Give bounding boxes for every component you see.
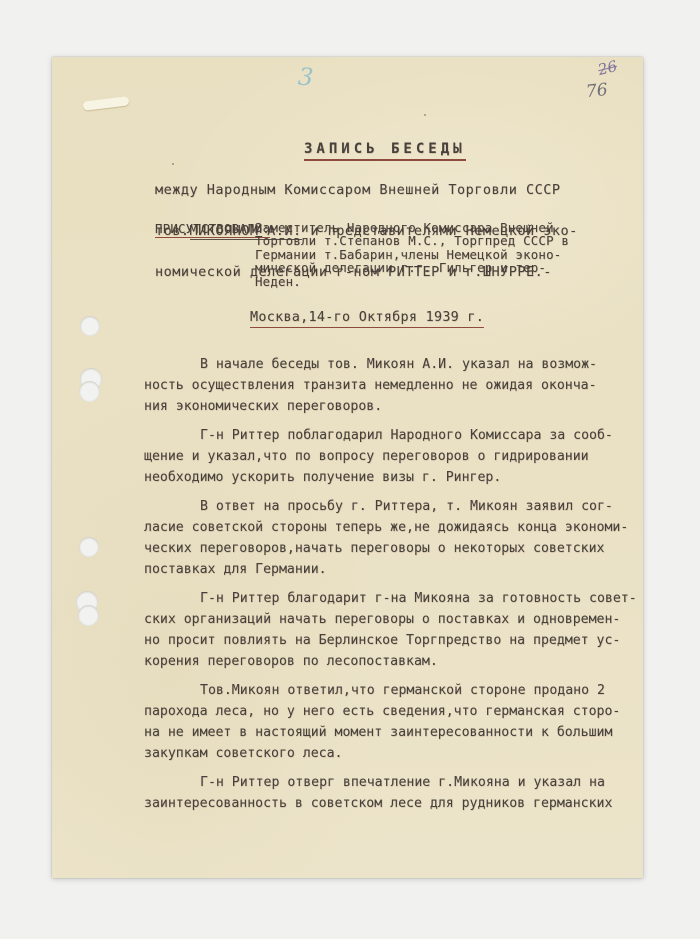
attendees-line: Заместитель Народного Комиссара Внешней [255,221,569,234]
handwritten-archival-number: 76 [585,80,609,102]
paper-speck [424,114,426,116]
scanned-document-stage: 3 26 76 ЗАПИСЬ БЕСЕДЫ между Народным Ком… [0,0,700,939]
paragraph: Г-н Риттер благодарит г-на Микояна за го… [144,588,649,672]
typed-line: Г-н Риттер отверг впечатление г.Микояна … [144,772,649,793]
typed-line: заинтересованность в советском лесе для … [144,793,649,814]
attendees-line: Торговли т.Степанов М.С., Торгпред СССР … [255,234,569,247]
typed-line: Г-н Риттер поблагодарил Народного Комисс… [144,425,649,446]
paragraph: В начале беседы тов. Микоян А.И. указал … [144,354,649,417]
punch-hole [78,605,99,626]
dateline: Москва,14-го Октября 1939 г. [250,310,484,328]
paragraph: Г-н Риттер отверг впечатление г.Микояна … [144,772,649,814]
handwritten-crossed-mark: 26 [596,57,619,79]
typed-line: ческих переговоров,начать переговоры о н… [144,538,649,559]
punch-hole [79,537,99,557]
punch-hole [80,316,100,336]
typed-line: Тов.Микоян ответил,что германской сторон… [144,680,649,701]
typed-line: но просит повлиять на Берлинское Торгпре… [144,630,649,651]
typed-line: корения переговоров по лесопоставкам. [144,651,649,672]
handwritten-page-number-blue: 3 [297,63,314,92]
paragraph: В ответ на просьбу г. Риттера, т. Микоян… [144,496,649,580]
paragraph: Г-н Риттер поблагодарил Народного Комисс… [144,425,649,488]
document-page: 3 26 76 ЗАПИСЬ БЕСЕДЫ между Народным Ком… [52,57,643,878]
typed-line: ность осуществления транзита немедленно … [144,375,649,396]
attendees-line: Германии т.Бабарин,члены Немецкой эконо- [255,248,569,261]
typed-line: необходимо ускорить получение визы г. Ри… [144,467,649,488]
typed-line: щение и указал,что по вопросу переговоро… [144,446,649,467]
attendees-line: Неден. [255,275,569,288]
typed-line: парохода леса, но у него есть сведения,ч… [144,701,649,722]
typed-line: Г-н Риттер благодарит г-на Микояна за го… [144,588,649,609]
punch-hole [79,381,100,402]
subtitle-line: между Народным Комиссаром Внешней Торгов… [155,184,578,198]
attendees-list: Заместитель Народного Комиссара ВнешнейТ… [255,221,569,288]
typed-line: на не имеет в настоящий момент заинтерес… [144,722,649,743]
typed-line: ласие советской стороны теперь же,не дож… [144,517,649,538]
typed-line: В начале беседы тов. Микоян А.И. указал … [144,354,649,375]
paragraph: Тов.Микоян ответил,что германской сторон… [144,680,649,764]
attendees-line: мической делегации г.г. Гильгер и тер- [255,261,569,274]
typed-line: поставках для Германии. [144,559,649,580]
paper-scuff-mark [83,96,130,111]
attendees-label: ПРИСУТСТВОВАЛИ: [155,221,270,238]
typed-line: закупкам советского леса. [144,743,649,764]
typed-line: ния экономических переговоров. [144,396,649,417]
typed-line: ских организаций начать переговоры о пос… [144,609,649,630]
body-paragraphs: В начале беседы тов. Микоян А.И. указал … [144,354,649,814]
typed-line: В ответ на просьбу г. Риттера, т. Микоян… [144,496,649,517]
